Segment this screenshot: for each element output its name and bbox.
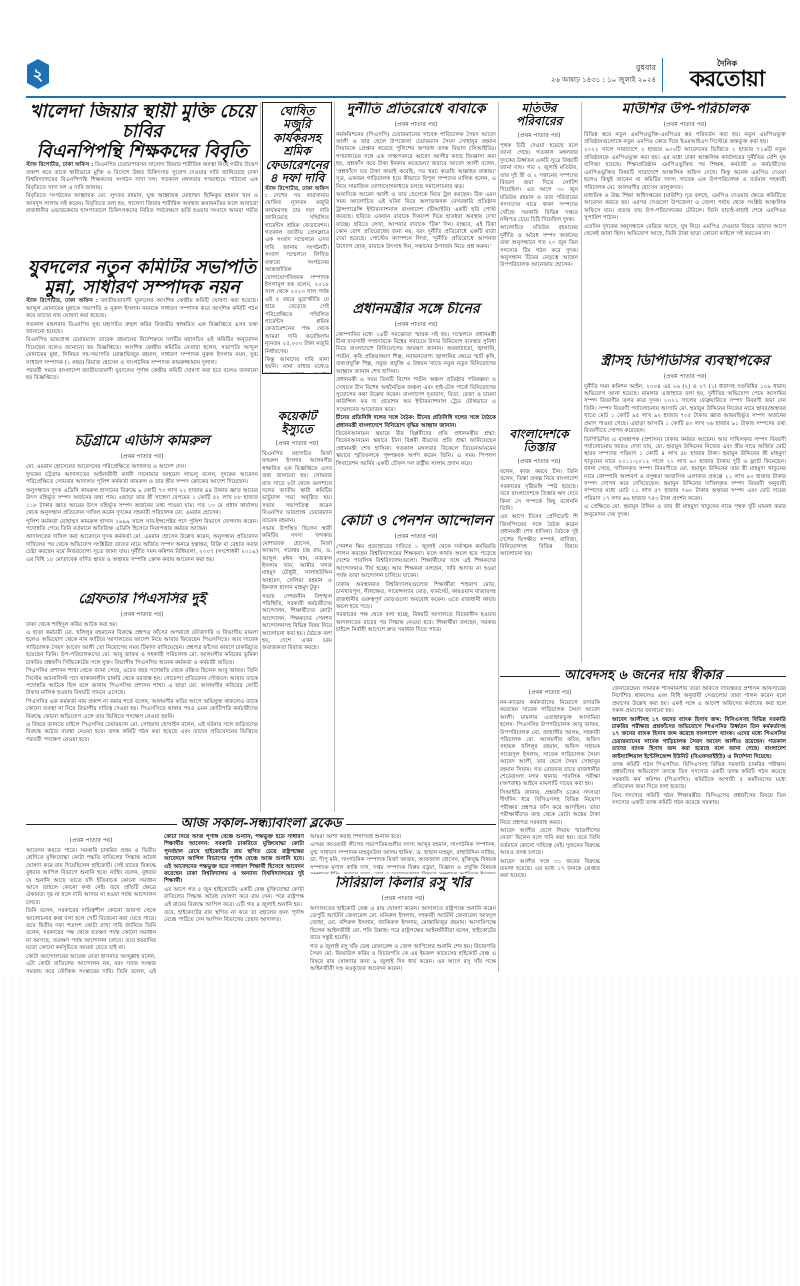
article-body: পেনশন স্কিম প্রত্যাহারের দাবিতে ১ জুলাই … — [336, 544, 496, 635]
story-bangladesh: বাংলাদেশকে তিস্তার (প্রথম পাতার পর) বলেন… — [500, 428, 578, 658]
jump-line: (প্রথম পাতার পর) — [500, 130, 578, 141]
article-body: পৃথক চিঠি দেওয়া হয়েছে বলে জানা গেছে। গ… — [500, 143, 578, 270]
banner-rule — [726, 676, 786, 677]
column-rule — [581, 102, 582, 662]
dateline: বুধবার ২৬ আষাঢ় ১৪৩১ : ১০ জুলাই ২০২৪ — [551, 62, 656, 86]
article-body: মো. এমরান হোসেনের আবেদনের পরিপ্রেক্ষিতে … — [26, 464, 258, 564]
headline: বাংলাদেশকে তিস্তার — [500, 428, 578, 455]
blank-dotted-area — [0, 975, 800, 1286]
headline: শ্রমিক ফেডারেশনের — [265, 145, 329, 172]
article-body: নন-ক্যাডার কর্মকর্তাদের নিয়োগে তদারকি ক… — [500, 700, 600, 881]
jump-line: (প্রথম পাতার পর) — [584, 119, 786, 130]
article-body: জেনারেছেন। সামরিক শাসনামলীয় তারা অফিসে … — [612, 686, 786, 808]
story-quota: কোটা ও পেনশন আন্দোলন (প্রথম পাতার পর) পে… — [336, 514, 496, 806]
article-body: কর্মকমিশনের (পিএসসি) চেয়ারম্যানের সাবেক… — [336, 132, 496, 252]
article-body: স্টাফ রিপোর্টার, ঢাকা অফিস : জাতীয়তাবাদ… — [26, 298, 258, 382]
article-body: দুর্নীতি দমন কমিশন আইন, ২০০৪ এর ২৬ (২) ও… — [584, 384, 786, 519]
headline: খালেদা জিয়ার স্থায়ী মুক্তি চেয়ে চাবির — [26, 102, 258, 142]
jump-line: (প্রথম পাতার পর) — [26, 451, 258, 462]
jump-line: (প্রথম পাতার পর) — [584, 371, 786, 382]
story-mausi: মাউশির উপ-পরিচালক (প্রথম পাতার পর) বিভিন… — [584, 102, 786, 352]
article-body: কোটা নিয়ে আজ পূর্ণাঙ্গ বেঞ্চে শুনানি; প… — [164, 834, 304, 925]
story-abedsoho-left: (প্রথম পাতার পর) নন-ক্যাডার কর্মকর্তাদের… — [500, 686, 600, 976]
banner-rule — [346, 824, 497, 825]
date: ২৬ আষাঢ় ১৪৩১ : ১০ জুলাই ২০২৪ — [551, 74, 656, 86]
headline: ৪ দফা দাবি — [265, 172, 329, 185]
headline: স্ত্রীসহ ডিপিডিসির ব্যবস্থাপকের — [584, 354, 786, 370]
story-dpdc: স্ত্রীসহ ডিপিডিসির ব্যবস্থাপকের (প্রথম প… — [584, 354, 786, 664]
story-khaleda: খালেদা জিয়ার স্থায়ী মুক্তি চেয়ে চাবির… — [26, 102, 258, 212]
byline: স্টাফ রিপোর্টার, ঢাকা অফিস : — [26, 162, 93, 168]
article-body: আবেদন করতে পারে। সরকারি চাকরির প্রথম ও দ… — [26, 848, 156, 974]
story-abedsoho-right: জেনারেছেন। সামরিক শাসনামলীয় তারা অফিসে … — [612, 686, 786, 976]
story-ajker-mid: কোটা নিয়ে আজ পূর্ণাঙ্গ বেঞ্চে শুনানি; প… — [164, 834, 304, 974]
headline: গ্রেফতার পিএসসির দুই — [26, 592, 258, 608]
jump-line: (প্রথম পাতার পর) — [500, 687, 600, 698]
article-body: বলেন, কাজ করবে চীন। তিনি বলেন, তিস্তা প্… — [500, 469, 578, 559]
article-body: স্টাফ রিপোর্টার, ঢাকা অফিস : বিএনপির চেয… — [26, 162, 258, 212]
headline: প্রধানমন্ত্রীর সঙ্গে চীনের — [336, 302, 496, 318]
story-serial-killer: সিরিয়াল কিলার রসু খাঁর (প্রথম পাতার পর)… — [310, 876, 496, 976]
story-jubodal: যুবদলের নতুন কমিটির সভাপতি মুন্না, সাধার… — [26, 258, 258, 408]
column-rule — [334, 102, 335, 812]
headline: ঘোষিত মজুরি কার্যকরসহ — [265, 105, 329, 145]
masthead: ২ বুধবার ২৬ আষাঢ় ১৪৩১ : ১০ জুলাই ২০২৪ দ… — [26, 58, 786, 96]
masthead-divider — [662, 58, 663, 92]
headline: দুর্নীতি প্রতিরোধে বাবাকে — [336, 102, 496, 118]
jump-line: (প্রথম পাতার পর) — [336, 319, 496, 330]
svg-text:২: ২ — [33, 65, 43, 84]
story-motiur: মতিউর পরিবারের (প্রথম পাতার পর) পৃথক চিঠ… — [500, 102, 578, 294]
banner-rule — [500, 676, 560, 677]
headline: চট্টগ্রামে এডিসি কামরুল — [26, 434, 258, 450]
jump-line: (প্রথম পাতার পর) — [310, 893, 496, 904]
article-body: ঢাকা থেকে শাহিদুল কবির আটক করা হয়। এ ছা… — [26, 622, 258, 745]
column-rule — [498, 102, 499, 972]
story-psc: গ্রেফতার পিএসসির দুই (প্রথম পাতার পর) ঢা… — [26, 592, 258, 806]
jump-line: (প্রথম পাতার পর) — [262, 438, 332, 449]
section-banner-abedsoho: আবেদসহ ৬ জনের দায় স্বীকার — [500, 668, 786, 684]
headline: মুন্না, সাধারণ সম্পাদক নয়ন — [26, 278, 258, 298]
story-dudok-babake: দুর্নীতি প্রতিরোধে বাবাকে (প্রথম পাতার প… — [336, 102, 496, 300]
hexagon-badge-icon: ২ — [26, 58, 50, 90]
story-wage: ঘোষিত মজুরি কার্যকরসহ শ্রমিক ফেডারেশনের … — [262, 102, 332, 374]
story-ajker-left: (প্রথম পাতার পর) আবেদন করতে পারে। সরকারি… — [26, 834, 156, 974]
story-china: প্রধানমন্ত্রীর সঙ্গে চীনের (প্রথম পাতার … — [336, 302, 496, 512]
section-banner-ajker: আজ সকাল-সন্ধ্যাবাংলা ব্লকেড — [26, 816, 496, 832]
jump-line: (প্রথম পাতার পর) — [500, 456, 578, 467]
jump-line: (প্রথম পাতার পর) — [336, 531, 496, 542]
article-body: কোম্পানির মধ্যে ১৬টি সমঝোতা স্মারক সই হয… — [336, 332, 496, 468]
headline: মাউশির উপ-পরিচালক — [584, 102, 786, 118]
jump-line: (প্রথম পাতার পর) — [26, 835, 156, 846]
article-body: স্টাফ রিপোর্টার, ঢাকা অফিস : দেশের সব কা… — [265, 186, 329, 374]
jump-line: (প্রথম পাতার পর) — [336, 119, 496, 130]
headline: মতিউর পরিবারের — [500, 102, 578, 129]
story-ajker-right: আমরা আশা করছি শিগগিরই শুনানি হবে। এসময় … — [310, 834, 496, 874]
masthead-rule — [26, 96, 786, 98]
story-koyekti: কয়েকটি ইস্যুতে (প্রথম পাতার পর) বিএনপির… — [262, 410, 332, 806]
paper-name: করতোয়া — [668, 68, 786, 92]
story-chattogram: চট্টগ্রামে এডিসি কামরুল (প্রথম পাতার পর)… — [26, 434, 258, 586]
byline: স্টাফ রিপোর্টার, ঢাকা অফিস : — [26, 298, 98, 304]
banner-title: আবেদসহ ৬ জনের দায় স্বীকার — [564, 666, 722, 687]
newspaper-page: ২ বুধবার ২৬ আষাঢ় ১৪৩১ : ১০ জুলাই ২০২৪ দ… — [0, 0, 800, 1286]
page-number-badge: ২ — [26, 58, 50, 90]
jump-line: (প্রথম পাতার পর) — [26, 609, 258, 620]
article-body: আদালতের হাইকোর্ট বেঞ্চ এ রায় ঘোষণা করেন… — [310, 906, 496, 974]
weekday: বুধবার — [551, 62, 656, 74]
headline: কোটা ও পেনশন আন্দোলন — [336, 514, 496, 530]
article-body: বিএনপির মহাসচিব মির্জা ফখরুল ইসলাম আলমগী… — [262, 451, 332, 653]
column-rule — [260, 102, 261, 812]
paper-logo: দৈনিক করতোয়া — [668, 58, 786, 92]
headline: বিএনপিপন্থি শিক্ষকদের বিবৃতি — [26, 142, 258, 162]
article-body: আমরা আশা করছি শিগগিরই শুনানি হবে। এসময় … — [310, 834, 496, 874]
banner-title: আজ সকাল-সন্ধ্যাবাংলা ব্লকেড — [181, 814, 342, 835]
article-body: বিভিন্ন স্তরে নতুন এমপিওভুক্তি-এমপিওর স্… — [584, 132, 786, 239]
headline: সিরিয়াল কিলার রসু খাঁর — [310, 876, 496, 892]
banner-rule — [26, 824, 177, 825]
headline: যুবদলের নতুন কমিটির সভাপতি — [26, 258, 258, 278]
headline: কয়েকটি ইস্যুতে — [262, 410, 332, 437]
